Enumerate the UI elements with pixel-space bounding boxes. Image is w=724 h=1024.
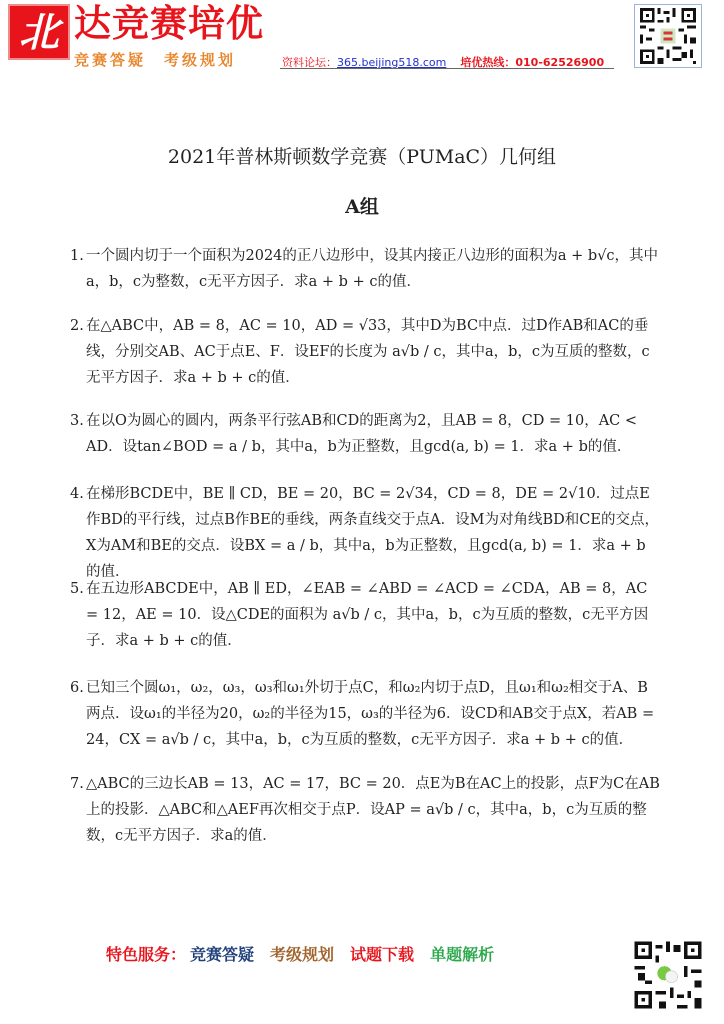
problem-text: 在梯形BCDE中，BE ∥ CD，BE = 20，BC = 2√34，CD = … (86, 481, 660, 585)
problem-item: 7. △ABC的三边长AB = 13，AC = 17，BC = 20．点E为B在… (70, 771, 660, 849)
header-divider (280, 68, 614, 69)
brand-name: 达竞赛培优 (74, 2, 264, 46)
problem-text: 在以O为圆心的圆内，两条平行弦AB和CD的距离为2，且AB = 8，CD = 1… (86, 408, 660, 460)
problem-number: 5. (70, 576, 84, 602)
slogan-right: 考级规划 (164, 51, 236, 69)
problem-item: 3. 在以O为圆心的圆内，两条平行弦AB和CD的距离为2，且AB = 8，CD … (70, 408, 660, 460)
problem-number: 6. (70, 675, 84, 701)
section-heading: A组 (0, 192, 724, 219)
problem-item: 2. 在△ABC中，AB = 8，AC = 10，AD = √33，其中D为BC… (70, 313, 660, 391)
document-title: 2021年普林斯顿数学竞赛（PUMaC）几何组 (0, 142, 724, 169)
problem-item: 5. 在五边形ABCDE中，AB ∥ ED，∠EAB = ∠ABD = ∠ACD… (70, 576, 660, 654)
service-planning[interactable]: 考级规划 (270, 945, 334, 964)
problem-item: 6. 已知三个圆ω₁，ω₂，ω₃，ω₃和ω₁外切于点C，和ω₂内切于点D，且ω₁… (70, 675, 660, 753)
wechat-qr-code-icon (630, 938, 706, 1012)
problem-text: 在五边形ABCDE中，AB ∥ ED，∠EAB = ∠ABD = ∠ACD = … (86, 576, 660, 654)
logo-glyph: 北 (10, 8, 68, 58)
service-analysis[interactable]: 单题解析 (430, 945, 494, 964)
problem-number: 1. (70, 243, 84, 269)
problem-number: 4. (70, 481, 84, 507)
slogan-left: 竞赛答疑 (74, 51, 146, 69)
service-qa[interactable]: 竞赛答疑 (190, 945, 254, 964)
problem-number: 3. (70, 408, 84, 434)
problem-item: 4. 在梯形BCDE中，BE ∥ CD，BE = 20，BC = 2√34，CD… (70, 481, 660, 585)
problem-text: 已知三个圆ω₁，ω₂，ω₃，ω₃和ω₁外切于点C，和ω₂内切于点D，且ω₁和ω₂… (86, 675, 660, 753)
problem-number: 7. (70, 771, 84, 797)
qr-code-icon (634, 4, 702, 68)
footer-label: 特色服务： (106, 945, 186, 964)
slogan: 竞赛答疑考级规划 (74, 49, 236, 70)
problem-text: △ABC的三边长AB = 13，AC = 17，BC = 20．点E为B在AC上… (86, 771, 660, 849)
problem-text: 一个圆内切于一个面积为2024的正八边形中，设其内接正八边形的面积为a + b√… (86, 243, 660, 295)
service-download[interactable]: 试题下载 (350, 945, 414, 964)
logo: 北 (8, 4, 70, 60)
site-header: 北 达竞赛培优 竞赛答疑考级规划 资料论坛：365.beijing518.com… (0, 0, 724, 80)
problem-number: 2. (70, 313, 84, 339)
problem-text: 在△ABC中，AB = 8，AC = 10，AD = √33，其中D为BC中点．… (86, 313, 660, 391)
footer-services: 特色服务：竞赛答疑考级规划试题下载单题解析 (106, 942, 510, 965)
problem-item: 1. 一个圆内切于一个面积为2024的正八边形中，设其内接正八边形的面积为a +… (70, 243, 660, 295)
